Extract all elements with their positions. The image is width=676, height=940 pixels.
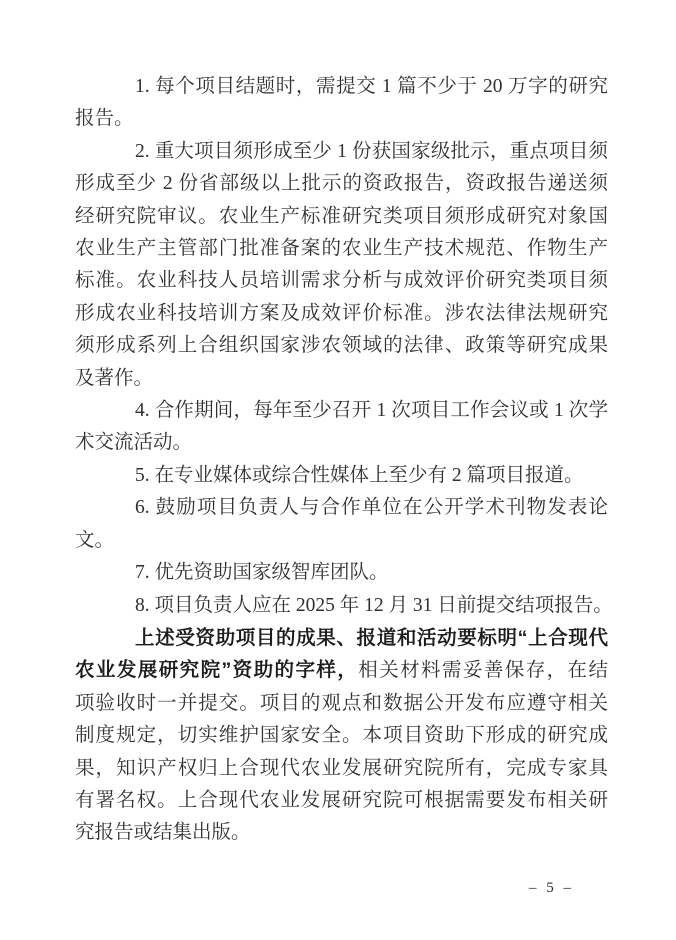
- text-line: 4. 合作期间，每年至少召开 1 次项目工作会议或 1 次学: [75, 395, 608, 427]
- closing-bold-text: 上述受资助项目的成果、报道和活动要标明“上合现代: [75, 622, 608, 654]
- text-line: 标准。农业科技人员培训需求分析与成效评价研究类项目须: [75, 265, 608, 297]
- text-line: 经研究院审议。农业生产标准研究类项目须形成研究对象国: [75, 201, 608, 233]
- text-line: 1. 每个项目结题时，需提交 1 篇不少于 20 万字的研究: [75, 71, 608, 103]
- text-line: 及著作。: [75, 363, 608, 395]
- text-line: 8. 项目负责人应在 2025 年 12 月 31 日前提交结项报告。: [75, 590, 608, 622]
- text-line: 5. 在专业媒体或综合性媒体上至少有 2 篇项目报道。: [75, 460, 608, 492]
- text-line: 制度规定，切实维护国家安全。本项目资助下形成的研究成: [75, 720, 608, 752]
- text-line: 形成至少 2 份省部级以上批示的资政报告，资政报告递送须: [75, 168, 608, 200]
- text-line: 农业生产主管部门批准备案的农业生产技术规范、作物生产: [75, 233, 608, 265]
- text-line: 文。: [75, 525, 608, 557]
- document-body: 1. 每个项目结题时，需提交 1 篇不少于 20 万字的研究 报告。 2. 重大…: [75, 71, 608, 850]
- closing-bold-text: 农业发展研究院”资助的字样，: [75, 659, 358, 681]
- page-number: – 5 –: [529, 877, 574, 899]
- text-line: 项验收时一并提交。项目的观点和数据公开发布应遵守相关: [75, 688, 608, 720]
- text-line: 究报告或结集出版。: [75, 817, 608, 849]
- closing-regular-text: 相关材料需妥善保存，在结: [358, 660, 608, 681]
- text-line: 须形成系列上合组织国家涉农领域的法律、政策等研究成果: [75, 330, 608, 362]
- text-line: 形成农业科技培训方案及成效评价标准。涉农法律法规研究: [75, 298, 608, 330]
- text-line: 6. 鼓励项目负责人与合作单位在公开学术刊物发表论: [75, 492, 608, 524]
- text-line: 2. 重大项目须形成至少 1 份获国家级批示，重点项目须: [75, 136, 608, 168]
- text-line: 术交流活动。: [75, 427, 608, 459]
- text-line: 有署名权。上合现代农业发展研究院可根据需要发布相关研: [75, 785, 608, 817]
- text-line: 报告。: [75, 103, 608, 135]
- document-page: 1. 每个项目结题时，需提交 1 篇不少于 20 万字的研究 报告。 2. 重大…: [0, 0, 676, 940]
- text-line: 7. 优先资助国家级智库团队。: [75, 557, 608, 589]
- text-line: 农业发展研究院”资助的字样，相关材料需妥善保存，在结: [75, 654, 608, 687]
- text-line: 果，知识产权归上合现代农业发展研究院所有，完成专家具: [75, 753, 608, 785]
